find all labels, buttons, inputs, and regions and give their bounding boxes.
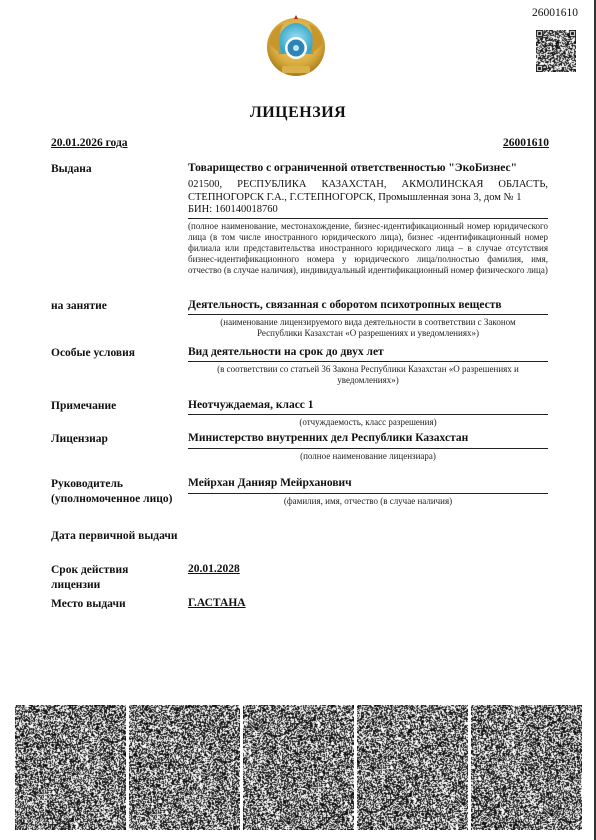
qr-code-icon [536,30,576,72]
issued-to-address: 021500, РЕСПУБЛИКА КАЗАХСТАН, АКМОЛИНСКА… [188,178,548,204]
issued-to-bin: БИН: 160140018760 [188,203,548,216]
issued-to-rule [188,218,548,219]
validity-value: 20.01.2028 [188,563,548,575]
activity-hint: (наименование лицензируемого вида деятел… [188,317,548,339]
license-number: 26001610 [503,137,549,149]
footer-qr-code [15,705,126,830]
first-issue-date-label: Дата первичной выдачи [51,529,178,544]
note-rule [188,414,548,415]
issued-to-value: Товарищество с ограниченной ответственно… [188,162,548,174]
special-conditions-value: Вид деятельности на срок до двух лет [188,346,548,358]
note-label: Примечание [51,399,116,414]
licensor-hint: (полное наименование лицензиара) [188,451,548,462]
footer-qr-codes [15,705,583,830]
place-label: Место выдачи [51,597,126,612]
head-rule [188,493,548,494]
note-hint: (отчуждаемость, класс разрешения) [188,417,548,428]
activity-label: на занятие [51,299,107,314]
issued-to-hint: (полное наименование, местонахождение, б… [188,221,548,276]
document-number-top: 26001610 [532,7,578,19]
footer-qr-code [357,705,468,830]
footer-qr-code [129,705,240,830]
head-hint: (фамилия, имя, отчество (в случае наличи… [188,496,548,507]
validity-label: Срок действия лицензии [51,563,141,593]
licensor-label: Лицензиар [51,432,108,447]
head-label: Руководитель (уполномоченное лицо) [51,477,181,507]
place-value: Г.АСТАНА [188,597,548,609]
activity-rule [188,314,548,315]
special-conditions-hint: (в соответствии со статьей 36 Закона Рес… [188,364,548,386]
footer-qr-code [471,705,582,830]
special-conditions-label: Особые условия [51,346,135,361]
issued-to-label: Выдана [51,162,92,177]
state-emblem-icon [265,14,327,82]
licensor-value: Министерство внутренних дел Республики К… [188,432,548,444]
document-title: ЛИЦЕНЗИЯ [0,104,596,122]
activity-value: Деятельность, связанная с оборотом психо… [188,299,548,311]
footer-qr-code [243,705,354,830]
note-value: Неотчуждаемая, класс 1 [188,399,548,411]
issue-date: 20.01.2026 года [51,137,128,149]
head-value: Мейрхан Данияр Мейрханович [188,477,548,489]
licensor-rule [188,448,548,449]
special-conditions-rule [188,361,548,362]
